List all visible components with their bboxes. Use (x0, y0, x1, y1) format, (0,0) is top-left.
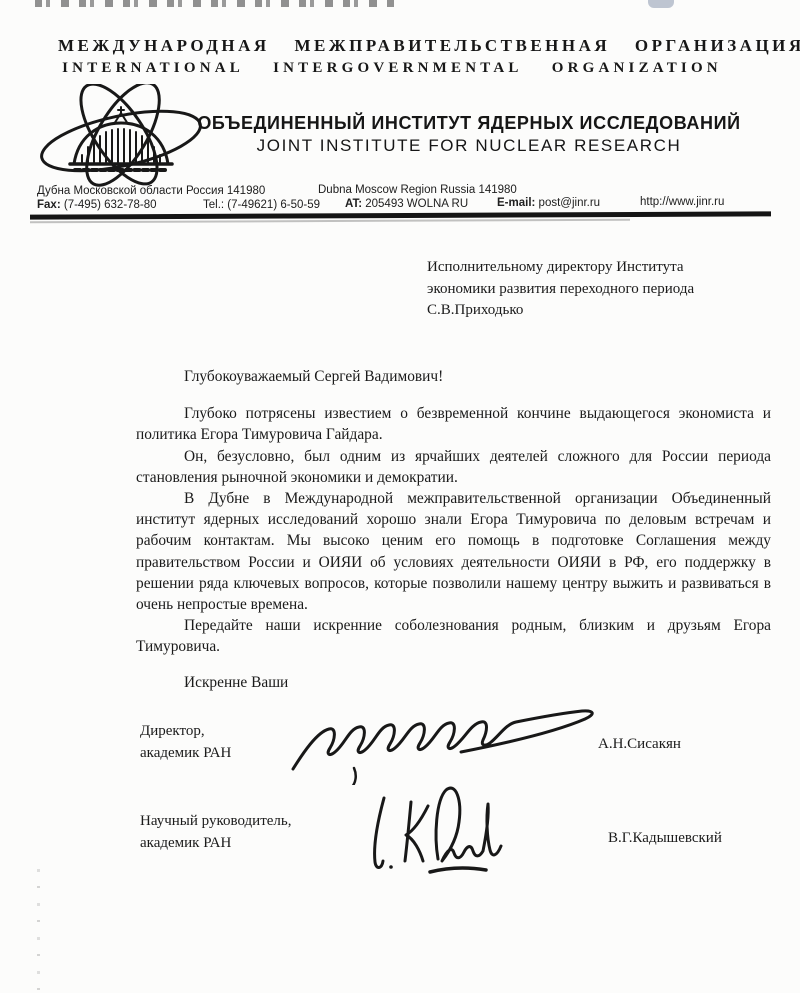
contact-email-value: post@jinr.ru (539, 197, 601, 209)
institute-name-russian: ОБЪЕДИНЕННЫЙ ИНСТИТУТ ЯДЕРНЫХ ИССЛЕДОВАН… (196, 113, 742, 134)
scan-artifact-fax-header (35, 0, 395, 7)
signature-sisakyan-icon (285, 695, 600, 785)
contact-telex-value: 205493 WOLNA RU (365, 198, 468, 210)
institute-name-english: JOINT INSTITUTE FOR NUCLEAR RESEARCH (196, 136, 742, 156)
address-russian: Дубна Московской области Россия 141980 (37, 185, 265, 197)
institute-title: ОБЪЕДИНЕННЫЙ ИНСТИТУТ ЯДЕРНЫХ ИССЛЕДОВАН… (196, 113, 742, 156)
signer-title-line: академик РАН (140, 832, 291, 854)
contact-fax-value: (7-495) 632-78-80 (64, 199, 157, 211)
scanned-letter-page: МЕЖДУНАРОДНАЯ МЕЖПРАВИТЕЛЬСТВЕННАЯ ОРГАН… (0, 0, 800, 993)
signer-name-sisakyan: А.Н.Сисакян (598, 736, 681, 753)
paragraph: Глубоко потрясены известием о безвременн… (136, 403, 771, 445)
letterhead-rule (30, 211, 771, 219)
org-line-english: INTERNATIONAL INTERGOVERNMENTAL ORGANIZA… (58, 60, 726, 77)
addressee-block: Исполнительному директору Института экон… (427, 257, 694, 322)
address-english: Dubna Moscow Region Russia 141980 (318, 184, 517, 196)
letter-body: Глубокоуважаемый Сергей Вадимович! Глубо… (136, 366, 771, 693)
contact-website: http://www.jinr.ru (640, 196, 724, 208)
salutation: Глубокоуважаемый Сергей Вадимович! (136, 366, 771, 387)
contact-telex: AT: 205493 WOLNA RU (345, 198, 468, 210)
signer-title-director: Директор, академик РАН (140, 720, 231, 764)
contact-fax: Fax: (7-495) 632-78-80 (37, 199, 157, 211)
contact-email-label: E-mail: (497, 197, 535, 209)
signature-kadyshevsky-icon (350, 780, 535, 880)
letterhead-rule-echo (30, 219, 630, 224)
signer-name-kadyshevsky: В.Г.Кадышевский (608, 830, 722, 847)
contact-email: E-mail: post@jinr.ru (497, 197, 600, 209)
signer-title-scientific-leader: Научный руководитель, академик РАН (140, 810, 291, 854)
signer-title-line: Директор, (140, 720, 231, 742)
scan-artifact-left-edge (37, 855, 40, 990)
letterhead-org-lines: МЕЖДУНАРОДНАЯ МЕЖПРАВИТЕЛЬСТВЕННАЯ ОРГАН… (58, 36, 726, 77)
jinr-atom-dome-logo-icon (34, 84, 208, 190)
contact-fax-label: Fax: (37, 199, 61, 211)
contact-tel-value: (7-49621) 6-50-59 (227, 199, 320, 211)
signer-title-line: Научный руководитель, (140, 810, 291, 832)
addressee-line: С.В.Приходько (427, 300, 694, 322)
jinr-logo (34, 84, 208, 195)
paragraph: В Дубне в Международной межправительстве… (136, 488, 771, 615)
closing-phrase: Искренне Ваши (136, 672, 771, 693)
scan-artifact-blue-mark (648, 0, 674, 8)
contact-tel: Tel.: (7-49621) 6-50-59 (203, 199, 320, 211)
addressee-line: экономики развития переходного периода (427, 279, 694, 301)
signer-title-line: академик РАН (140, 742, 231, 764)
paragraph: Он, безусловно, был одним из ярчайших де… (136, 446, 771, 488)
addressee-line: Исполнительному директору Института (427, 257, 694, 279)
contact-tel-label: Tel.: (203, 199, 224, 211)
paragraph: Передайте наши искренние соболезнования … (136, 615, 771, 657)
contact-telex-label: AT: (345, 198, 362, 210)
org-line-russian: МЕЖДУНАРОДНАЯ МЕЖПРАВИТЕЛЬСТВЕННАЯ ОРГАН… (58, 36, 726, 56)
